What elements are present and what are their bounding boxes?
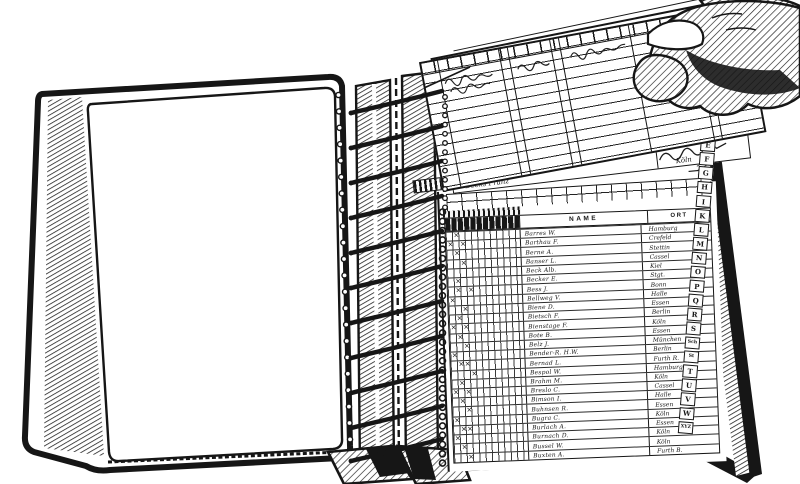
binder-illustration: NAME ORT × Barres W. Hamburg ×× Barthau … [0, 0, 800, 484]
index-finger [648, 21, 703, 50]
hand-illustration [0, 0, 800, 484]
thumb [634, 55, 688, 101]
